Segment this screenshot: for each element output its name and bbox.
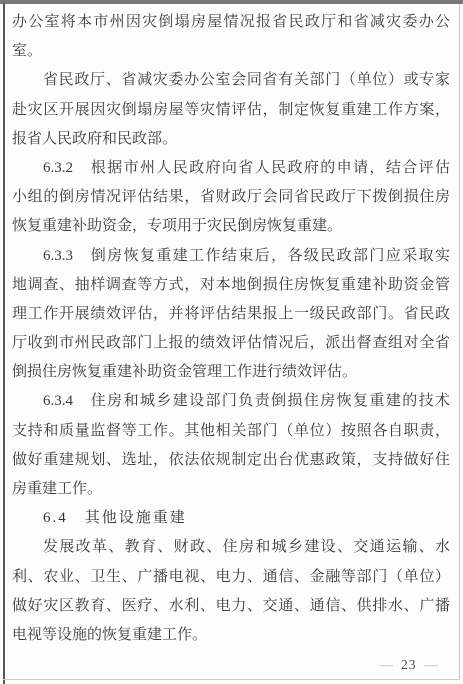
- text-line: 厅收到市州民政部门上报的绩效评估情况后，派出督查组对全省: [12, 329, 450, 358]
- text-line: 做好重建规划、选址，依法依规制定出台优惠政策，支持做好住: [12, 446, 450, 475]
- page-left-edge: [3, 3, 5, 684]
- text-line: 房重建工作。: [12, 475, 450, 504]
- text-line: 发展改革、教育、财政、住房和城乡建设、交通运输、水: [12, 533, 450, 562]
- text-line: 地调查、抽样调查等方式，对本地倒损住房恢复重建补助资金管: [12, 271, 450, 300]
- section-6-3-4-start: 6.3.4 住房和城乡建设部门负责倒损住房恢复重建的技术: [12, 387, 450, 416]
- text-line: 报省人民政府和民政部。: [12, 125, 450, 154]
- section-heading-6-4: 6.4 其他设施重建: [12, 504, 450, 533]
- text-line: 室。: [12, 37, 450, 66]
- text-line: 利、农业、卫生、广播电视、电力、通信、金融等部门（单位）: [12, 563, 450, 592]
- section-6-3-3-start: 6.3.3 倒房恢复重建工作结束后，各级民政部门应采取实: [12, 242, 450, 271]
- page-footer: —23—: [12, 650, 450, 679]
- text-line: 赴灾区开展因灾倒塌房屋等灾情评估，制定恢复重建工作方案，: [12, 96, 450, 125]
- page-right-edge: [459, 4, 461, 680]
- text-line: 办公室将本市州因灾倒塌房屋情况报省民政厅和省减灾委办公: [12, 8, 450, 37]
- text-line: 倒损住房恢复重建补助资金管理工作进行绩效评估。: [12, 358, 450, 387]
- text-line: 省民政厅、省减灾委办公室会同省有关部门（单位）或专家: [12, 66, 450, 95]
- page-top-edge: [0, 0, 463, 4]
- text-line: 电视等设施的恢复重建工作。: [12, 621, 450, 650]
- document-body: 办公室将本市州因灾倒塌房屋情况报省民政厅和省减灾委办公 室。 省民政厅、省减灾委…: [12, 8, 450, 679]
- footer-dash-right: —: [425, 657, 439, 672]
- document-page: 办公室将本市州因灾倒塌房屋情况报省民政厅和省减灾委办公 室。 省民政厅、省减灾委…: [0, 0, 463, 684]
- text-line: 支持和质量监督等工作。其他相关部门（单位）按照各自职责，: [12, 417, 450, 446]
- page-number: 23: [401, 657, 417, 672]
- text-line: 小组的倒房情况评估结果，省财政厅会同省民政厅下拨倒损住房: [12, 183, 450, 212]
- text-line: 做好灾区教育、医疗、水利、电力、交通、通信、供排水、广播: [12, 592, 450, 621]
- footer-dash-left: —: [380, 657, 394, 672]
- text-line: 恢复重建补助资金，专项用于灾民倒房恢复重建。: [12, 212, 450, 241]
- section-6-3-2-start: 6.3.2 根据市州人民政府向省人民政府的申请，结合评估: [12, 154, 450, 183]
- text-line: 理工作开展绩效评估，并将评估结果报上一级民政部门。省民政: [12, 300, 450, 329]
